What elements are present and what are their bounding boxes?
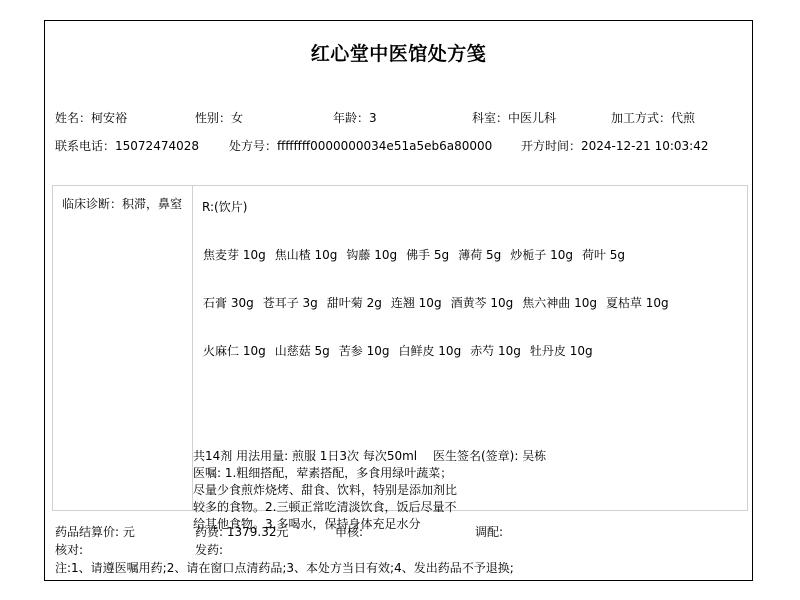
herb-item: 炒栀子 10g — [510, 248, 573, 262]
herb-item: 苍耳子 3g — [263, 296, 318, 310]
herb-item: 石膏 30g — [203, 296, 254, 310]
dispense-field: 发药: — [195, 541, 223, 558]
page-title: 红心堂中医馆处方笺 — [45, 39, 752, 66]
patient-gender: 性别：女 — [195, 109, 243, 126]
herb-item: 夏枯草 10g — [606, 296, 669, 310]
review-field: 申核: — [335, 523, 363, 540]
herb-item: 牡丹皮 10g — [530, 344, 593, 358]
settlement-price: 药品结算价: 元 — [55, 523, 135, 540]
herb-item: 荷叶 5g — [582, 248, 625, 262]
department: 科室：中医儿科 — [472, 109, 556, 126]
herb-item: 赤芍 10g — [470, 344, 521, 358]
patient-name: 姓名：柯安裕 — [55, 109, 127, 126]
herb-item: 山慈菇 5g — [275, 344, 330, 358]
clinical-diagnosis: 临床诊断：积滞，鼻窒 — [62, 196, 186, 213]
herb-item: 薄荷 5g — [458, 248, 501, 262]
check-field: 核对: — [55, 541, 83, 558]
herb-item: 甜叶菊 2g — [327, 296, 382, 310]
herb-item: 苦参 10g — [339, 344, 390, 358]
herb-item: 火麻仁 10g — [203, 344, 266, 358]
prescription-number: 处方号：ffffffff0000000034e51a5eb6a80000 — [229, 137, 492, 154]
dispense-prep-field: 调配: — [475, 523, 503, 540]
prescription-time: 开方时间：2024-12-21 10:03:42 — [521, 137, 708, 154]
herb-row: 焦麦芽 10g焦山楂 10g钩藤 10g佛手 5g薄荷 5g炒栀子 10g荷叶 … — [203, 246, 634, 263]
herb-item: 焦山楂 10g — [275, 248, 338, 262]
processing-method: 加工方式：代煎 — [611, 109, 695, 126]
herb-item: 佛手 5g — [406, 248, 449, 262]
herb-item: 酒黄芩 10g — [451, 296, 514, 310]
herb-item: 焦麦芽 10g — [203, 248, 266, 262]
prescription-sheet: 红心堂中医馆处方笺 姓名：柯安裕 性别：女 年龄：3 科室：中医儿科 加工方式：… — [44, 20, 753, 581]
doctor-signature: 医生签名(签章): 吴栋 — [433, 447, 546, 464]
patient-age: 年龄：3 — [333, 109, 377, 126]
herb-item: 白鲜皮 10g — [398, 344, 461, 358]
herb-item: 连翘 10g — [391, 296, 442, 310]
herb-item: 钩藤 10g — [346, 248, 397, 262]
drug-fee: 药费: 1379.32元 — [195, 523, 288, 540]
patient-phone: 联系电话：15072474028 — [55, 137, 199, 154]
footer-note: 注:1、请遵医嘱用药;2、请在窗口点清药品;3、本处方当日有效;4、发出药品不予… — [55, 559, 514, 576]
rx-header: R:(饮片) — [202, 198, 247, 215]
prescription-panel: 临床诊断：积滞，鼻窒 R:(饮片) 焦麦芽 10g焦山楂 10g钩藤 10g佛手… — [52, 185, 748, 511]
herb-row: 石膏 30g苍耳子 3g甜叶菊 2g连翘 10g酒黄芩 10g焦六神曲 10g夏… — [203, 294, 678, 311]
herb-item: 焦六神曲 10g — [522, 296, 597, 310]
herb-row: 火麻仁 10g山慈菇 5g苦参 10g白鲜皮 10g赤芍 10g牡丹皮 10g — [203, 342, 602, 359]
